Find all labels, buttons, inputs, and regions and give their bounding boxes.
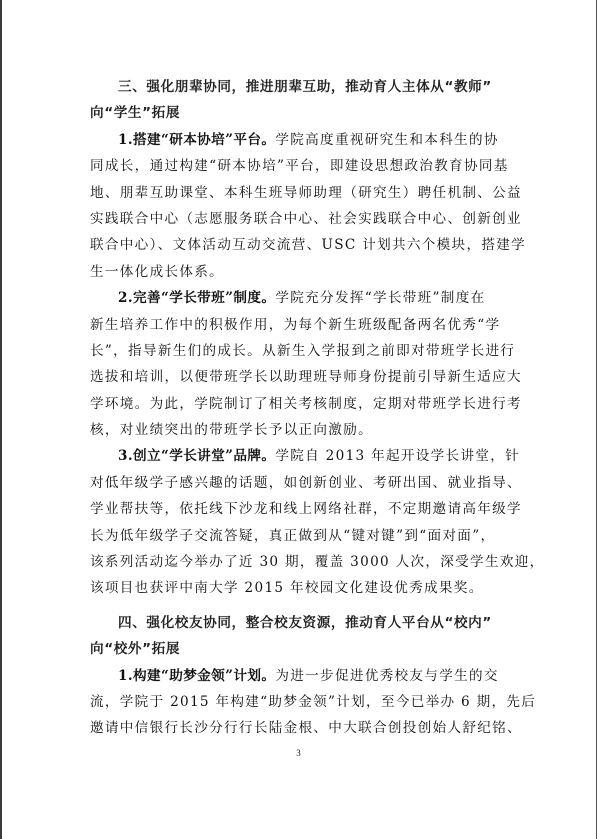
paragraph-text: 为进一步促进优秀校友与学生的交: [275, 668, 498, 684]
page-number: 3: [0, 748, 597, 758]
paragraph-text: 选拔和培训，以便带班学长以助理班导师身份提前引导新生适应大: [90, 364, 510, 390]
section-3: 三、强化朋辈协同，推进朋辈互助，推动育人主体从“教师” 向“学生”拓展 1.搭建…: [90, 74, 510, 602]
paragraph-text: 核，对业绩突出的带班学长予以正向激励。: [90, 417, 510, 443]
paragraph-text: 学业帮扶等，依托线下沙龙和线上网络社群，不定期邀请高年级学: [90, 496, 510, 522]
document-page: 三、强化朋辈协同，推进朋辈互助，推动育人主体从“教师” 向“学生”拓展 1.搭建…: [90, 74, 510, 742]
paragraph-text: 生一体化成长体系。: [90, 259, 510, 285]
section-heading-cont: 向“学生”拓展: [90, 100, 510, 126]
paragraph-text: 新生培养工作中的积极作用，为每个新生班级配备两名优秀“学: [90, 312, 510, 338]
paragraph-text: 长为低年级学子交流答疑，真正做到从“键对键”到“面对面”，: [90, 523, 510, 549]
paragraph-text: 邀请中信银行长沙分行行长陆金根、中大联合创投创始人舒纪铭、: [90, 715, 510, 741]
paragraph-text: 同成长，通过构建“研本协培”平台，即建设思想政治教育协同基: [90, 153, 510, 179]
paragraph-item-2: 2.完善“学长带班”制度。学院充分发挥“学长带班”制度在 新生培养工作中的积极作…: [90, 285, 510, 443]
section-4: 四、强化校友协同，整合校友资源，推动育人平台从“校内” 向“校外”拓展 1.构建…: [90, 610, 510, 742]
paragraph-text: 长”，指导新生们的成长。从新生入学报到之前即对带班学长进行: [90, 338, 510, 364]
item-lead: 3.创立“学长讲堂”品牌。: [118, 448, 275, 464]
paragraph-item-3: 3.创立“学长讲堂”品牌。学院自 2013 年起开设学长讲堂，针 对低年级学子感…: [90, 443, 510, 601]
paragraph-text: 学院充分发挥“学长带班”制度在: [275, 290, 485, 306]
paragraph-text: 学院自 2013 年起开设学长讲堂，针: [275, 448, 520, 464]
paragraph-text: 联合中心）、文体活动互动交流营、USC 计划共六个模块，搭建学: [90, 232, 510, 258]
paragraph-text: 学院高度重视研究生和本科生的协: [275, 132, 498, 148]
paragraph-text: 对低年级学子感兴趣的话题，如创新创业、考研出国、就业指导、: [90, 470, 510, 496]
item-lead: 1.构建“助梦金领”计划。: [118, 668, 275, 684]
paragraph-item-1: 1.构建“助梦金领”计划。为进一步促进优秀校友与学生的交 流，学院于 2015 …: [90, 663, 510, 742]
paragraph-text: 实践联合中心（志愿服务联合中心、社会实践联合中心、创新创业: [90, 206, 510, 232]
paragraph-text: 流，学院于 2015 年构建“助梦金领”计划，至今已举办 6 期，先后: [90, 689, 510, 715]
section-gap: [90, 602, 510, 610]
viewer-left-border: [0, 0, 2, 839]
paragraph-item-1: 1.搭建“研本协培”平台。学院高度重视研究生和本科生的协 同成长，通过构建“研本…: [90, 127, 510, 285]
section-heading: 四、强化校友协同，整合校友资源，推动育人平台从“校内”: [90, 610, 510, 636]
section-heading: 三、强化朋辈协同，推进朋辈互助，推动育人主体从“教师”: [90, 74, 510, 100]
section-heading-cont: 向“校外”拓展: [90, 636, 510, 662]
paragraph-text: 该系列活动迄今举办了近 30 期，覆盖 3000 人次，深受学生欢迎，: [90, 549, 510, 575]
paragraph-text: 学环境。为此，学院制订了相关考核制度，定期对带班学长进行考: [90, 391, 510, 417]
paragraph-text: 地、朋辈互助课堂、本科生班导师助理（研究生）聘任机制、公益: [90, 180, 510, 206]
paragraph-text: 该项目也获评中南大学 2015 年校园文化建设优秀成果奖。: [90, 575, 510, 601]
item-lead: 1.搭建“研本协培”平台。: [118, 132, 275, 148]
item-lead: 2.完善“学长带班”制度。: [118, 290, 275, 306]
